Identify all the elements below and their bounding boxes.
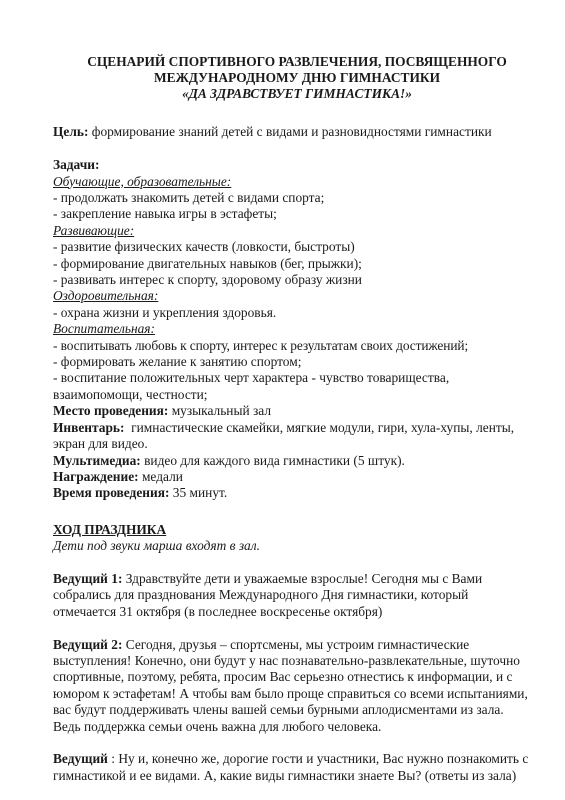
detail-multimedia: Мультимедиа: видео для каждого вида гимн…	[53, 453, 533, 469]
speaker-label: Ведущий	[53, 751, 108, 766]
detail-duration: Время проведения: 35 минут.	[53, 485, 533, 501]
task-item: - продолжать знакомить детей с видами сп…	[53, 190, 533, 206]
detail-award: Награждение: медали	[53, 469, 533, 485]
task-item: - развитие физических качеств (ловкости,…	[53, 239, 533, 255]
speaker-label: Ведущий 1:	[53, 571, 122, 586]
goal-label: Цель:	[53, 124, 88, 139]
detail-venue: Место проведения: музыкальный зал	[53, 403, 533, 419]
speaker-label: Ведущий 2:	[53, 637, 122, 652]
task-item: - формировать желание к занятию спортом;	[53, 354, 533, 370]
document-title: СЦЕНАРИЙ СПОРТИВНОГО РАЗВЛЕЧЕНИЯ, ПОСВЯЩ…	[61, 54, 533, 102]
speech-host-2: Ведущий 2: Сегодня, друзья – спортсмены,…	[53, 637, 533, 735]
task-group-upbringing: Воспитательная: - воспитывать любовь к с…	[53, 321, 533, 403]
section-heading: ХОД ПРАЗДНИКА	[53, 522, 533, 538]
task-group-heading: Оздоровительная:	[53, 288, 533, 304]
title-line-1: СЦЕНАРИЙ СПОРТИВНОГО РАЗВЛЕЧЕНИЯ, ПОСВЯЩ…	[61, 54, 533, 70]
task-item: - охрана жизни и укрепления здоровья.	[53, 305, 533, 321]
goal-paragraph: Цель: формирование знаний детей с видами…	[53, 124, 533, 140]
stage-direction: Дети под звуки марша входят в зал.	[53, 538, 533, 554]
task-group-heading: Обучающие, образовательные:	[53, 174, 533, 190]
task-group-heading: Воспитательная:	[53, 321, 533, 337]
speech-host-1: Ведущий 1: Здравствуйте дети и уважаемые…	[53, 571, 533, 620]
task-item: - воспитывать любовь к спорту, интерес к…	[53, 338, 533, 354]
task-item: - закрепление навыка игры в эстафеты;	[53, 206, 533, 222]
speech-host: Ведущий : Ну и, конечно же, дорогие гост…	[53, 751, 533, 784]
detail-equipment: Инвентарь: гимнастические скамейки, мягк…	[53, 420, 533, 453]
task-item: - воспитание положительных черт характер…	[53, 370, 533, 403]
task-group-developing: Развивающие: - развитие физических качес…	[53, 223, 533, 289]
document-page: СЦЕНАРИЙ СПОРТИВНОГО РАЗВЛЕЧЕНИЯ, ПОСВЯЩ…	[53, 54, 533, 784]
task-group-educational: Обучающие, образовательные: - продолжать…	[53, 174, 533, 223]
task-item: - формирование двигательных навыков (бег…	[53, 256, 533, 272]
goal-text: формирование знаний детей с видами и раз…	[88, 124, 491, 139]
task-group-health: Оздоровительная: - охрана жизни и укрепл…	[53, 288, 533, 321]
event-details: Место проведения: музыкальный зал Инвент…	[53, 403, 533, 501]
title-line-2: МЕЖДУНАРОДНОМУ ДНЮ ГИМНАСТИКИ	[61, 70, 533, 86]
title-line-3: «ДА ЗДРАВСТВУЕТ ГИМНАСТИКА!»	[61, 86, 533, 102]
task-group-heading: Развивающие:	[53, 223, 533, 239]
tasks-label: Задачи:	[53, 157, 533, 173]
task-item: - развивать интерес к спорту, здоровому …	[53, 272, 533, 288]
